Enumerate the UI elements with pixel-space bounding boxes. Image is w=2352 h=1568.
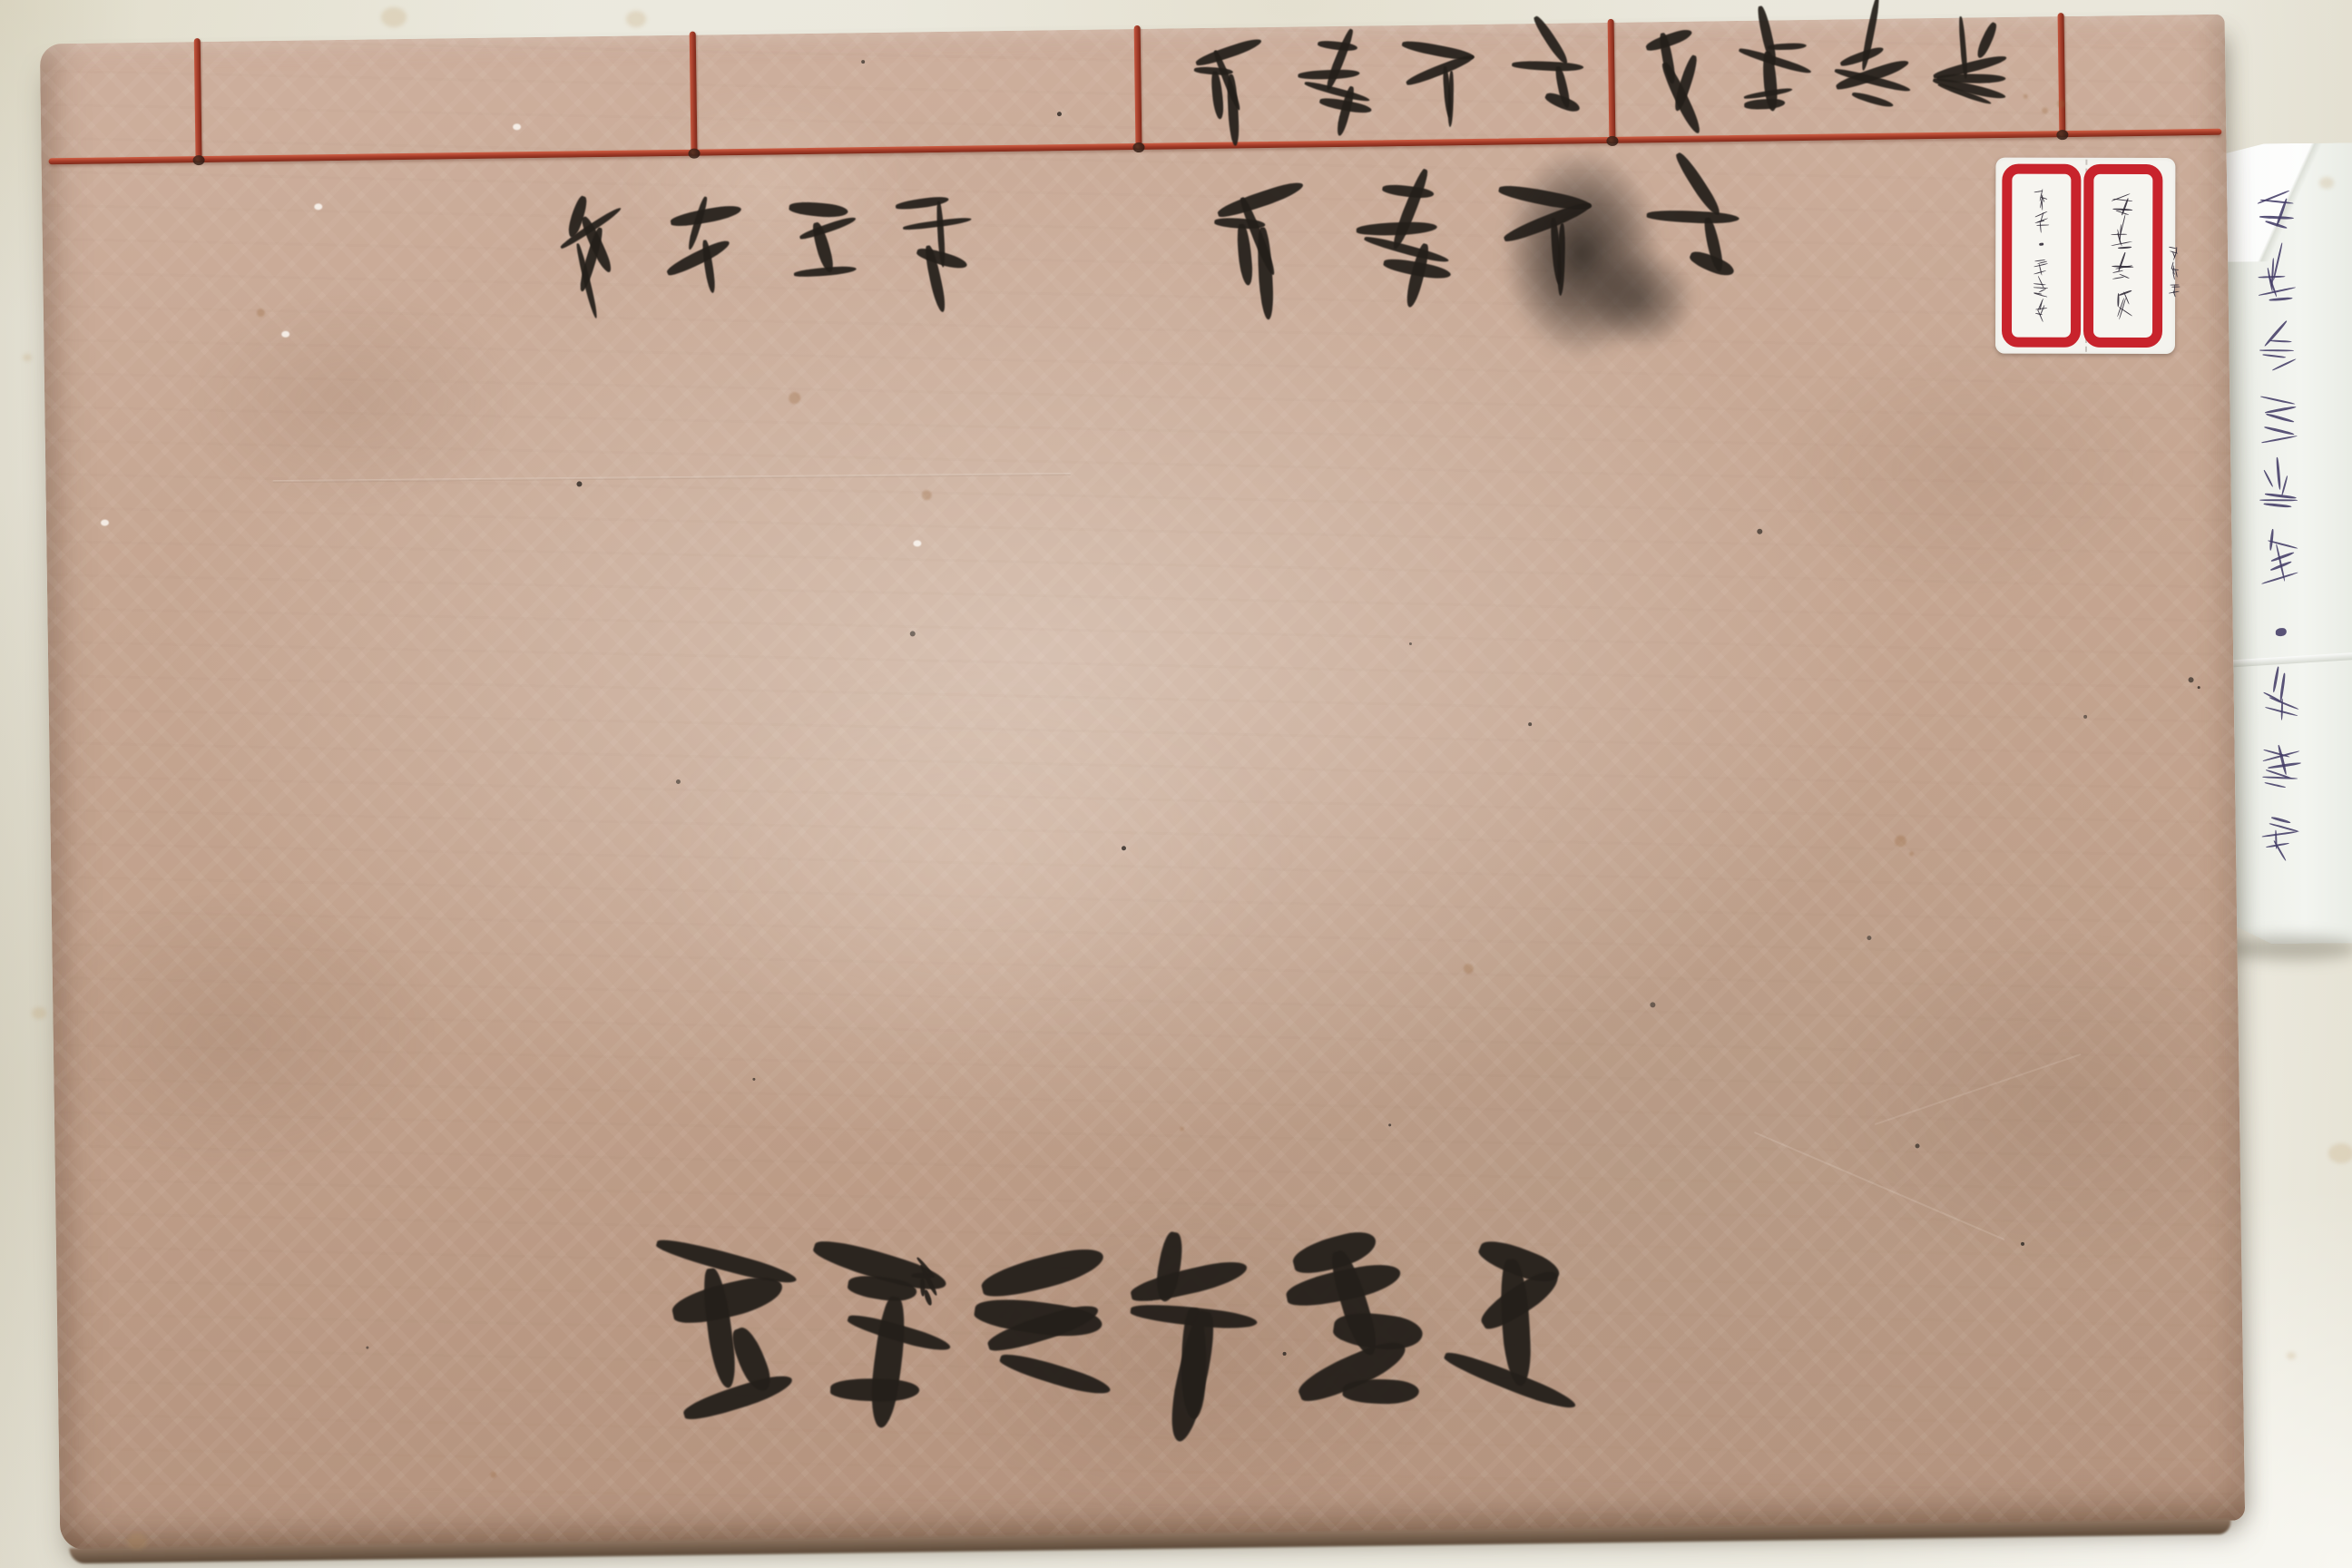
- dark-speck: [861, 60, 865, 64]
- calligraphy-char: [1192, 44, 1273, 132]
- background-stain: [2319, 177, 2334, 189]
- calligraphy-char: [966, 1246, 1122, 1416]
- fox-stain: [789, 392, 800, 404]
- dark-speck: [1283, 1352, 1287, 1356]
- dark-speck: [1528, 722, 1532, 726]
- calligraphy-char: [2259, 400, 2300, 446]
- calligraphy-char: [2111, 193, 2135, 220]
- call-number-box: [2002, 164, 2081, 348]
- calligraphy-char: [2033, 191, 2049, 208]
- background-stain: [32, 1007, 46, 1019]
- binding-stitch-5: [2058, 13, 2066, 136]
- dark-speck: [2021, 1242, 2024, 1246]
- fox-stain: [2042, 107, 2048, 113]
- calligraphy-char: [2259, 539, 2302, 585]
- paper-slip: [2225, 142, 2352, 944]
- calligraphy-char: [660, 197, 753, 299]
- background-stain: [626, 11, 646, 27]
- calligraphy-char: [2258, 468, 2302, 517]
- fox-stain: [2057, 100, 2065, 108]
- dark-speck: [576, 481, 582, 486]
- calligraphy-char: [1832, 27, 1916, 119]
- calligraphy-char: [2261, 816, 2306, 864]
- calligraphy-char: [1122, 1244, 1279, 1415]
- dark-speck: [1388, 1123, 1391, 1126]
- edge-inscription-left: [1180, 39, 1602, 132]
- slip-shadow: [2223, 936, 2352, 960]
- fox-stain: [490, 1472, 496, 1478]
- calligraphy-char: [1735, 27, 1821, 122]
- calligraphy-char: [1400, 38, 1487, 132]
- calligraphy-char: [2033, 259, 2049, 276]
- calligraphy-char: [2169, 247, 2180, 260]
- dark-speck: [676, 779, 681, 784]
- cover-crease: [272, 473, 1071, 483]
- calligraphy-char: [2111, 290, 2136, 318]
- dark-speck: [1757, 529, 1762, 534]
- white-fleck: [913, 540, 921, 546]
- calligraphy-char: [1298, 42, 1378, 131]
- white-fleck: [281, 331, 289, 338]
- calligraphy-char: [2261, 748, 2304, 794]
- cover-inscription-wonhyeongrijeong: [532, 196, 997, 299]
- white-fleck: [314, 203, 322, 210]
- calligraphy-char: [2256, 191, 2298, 238]
- dark-speck: [1916, 1143, 1920, 1148]
- calligraphy-char: [2260, 678, 2303, 725]
- fox-stain: [1464, 964, 1474, 974]
- fox-stain: [1909, 851, 1914, 856]
- photo-stage: [0, 0, 2352, 1568]
- dark-speck: [2189, 677, 2194, 682]
- calligraphy-char: [2033, 303, 2050, 320]
- background-stain: [127, 1534, 147, 1550]
- dark-speck: [910, 631, 916, 636]
- call-number-handwriting: [2033, 189, 2049, 323]
- calligraphy-char: [1638, 28, 1725, 123]
- dark-speck: [752, 1078, 755, 1081]
- dark-speck: [2198, 686, 2200, 689]
- dark-speck: [1057, 112, 1062, 116]
- cover-scratch: [1875, 1053, 2082, 1125]
- title-box: [2083, 164, 2162, 348]
- calligraphy-char: [1507, 39, 1590, 129]
- background-stain: [2287, 1352, 2296, 1359]
- calligraphy-char: [2111, 226, 2135, 253]
- sticker-side-note: [2169, 244, 2180, 299]
- calligraphy-char: [894, 195, 985, 295]
- dark-speck: [2083, 715, 2087, 719]
- calligraphy-char: [1212, 188, 1318, 303]
- calligraphy-char: [1929, 26, 2012, 117]
- calligraphy-char: [2257, 261, 2298, 308]
- slip-handwritten-note: [2257, 180, 2305, 875]
- sticker-title-handwriting: [2111, 191, 2135, 320]
- calligraphy-char: [1275, 1239, 1437, 1416]
- background-stain: [23, 354, 32, 361]
- calligraphy-char: [2169, 265, 2180, 278]
- calligraphy-char: [1356, 186, 1460, 301]
- calligraphy-char: [778, 197, 868, 296]
- calligraphy-char: [2033, 280, 2050, 298]
- white-fleck: [513, 123, 521, 130]
- calligraphy-char: [2033, 236, 2050, 254]
- dark-speck: [1867, 936, 1871, 940]
- binding-stitch-4: [1608, 19, 1616, 142]
- fox-stain: [1180, 1126, 1184, 1131]
- calligraphy-char: [546, 201, 635, 298]
- ink-smudge-small: [1585, 249, 1695, 350]
- calligraphy-char: [654, 1249, 811, 1421]
- calligraphy-char: [2169, 283, 2181, 297]
- fox-stain: [257, 309, 265, 317]
- calligraphy-char: [2260, 609, 2302, 655]
- background-stain: [2328, 1143, 2352, 1163]
- title-calligraphy: [653, 1240, 1592, 1419]
- calligraphy-char: [2111, 259, 2136, 286]
- calligraphy-char: [1437, 1241, 1588, 1407]
- edge-inscription-right: [1633, 26, 2019, 122]
- binding-stitch-2: [690, 32, 698, 155]
- calligraphy-char: [2033, 213, 2049, 230]
- dark-speck: [1409, 642, 1412, 645]
- book-cover: [40, 15, 2245, 1551]
- fox-stain: [922, 490, 932, 500]
- calligraphy-char: [2257, 329, 2300, 377]
- fox-stain: [2024, 94, 2028, 99]
- white-fleck: [101, 519, 109, 525]
- dark-speck: [366, 1347, 368, 1349]
- dark-speck: [1650, 1002, 1655, 1007]
- cover-scratch: [1754, 1132, 2004, 1240]
- label-sticker: [1995, 158, 2175, 354]
- title-annotation: [911, 1262, 948, 1307]
- dark-speck: [1122, 846, 1126, 850]
- calligraphy-char: [910, 1263, 949, 1306]
- binding-stitch-1: [194, 38, 202, 162]
- binding-stitch-3: [1134, 25, 1142, 149]
- fox-stain: [1895, 836, 1906, 848]
